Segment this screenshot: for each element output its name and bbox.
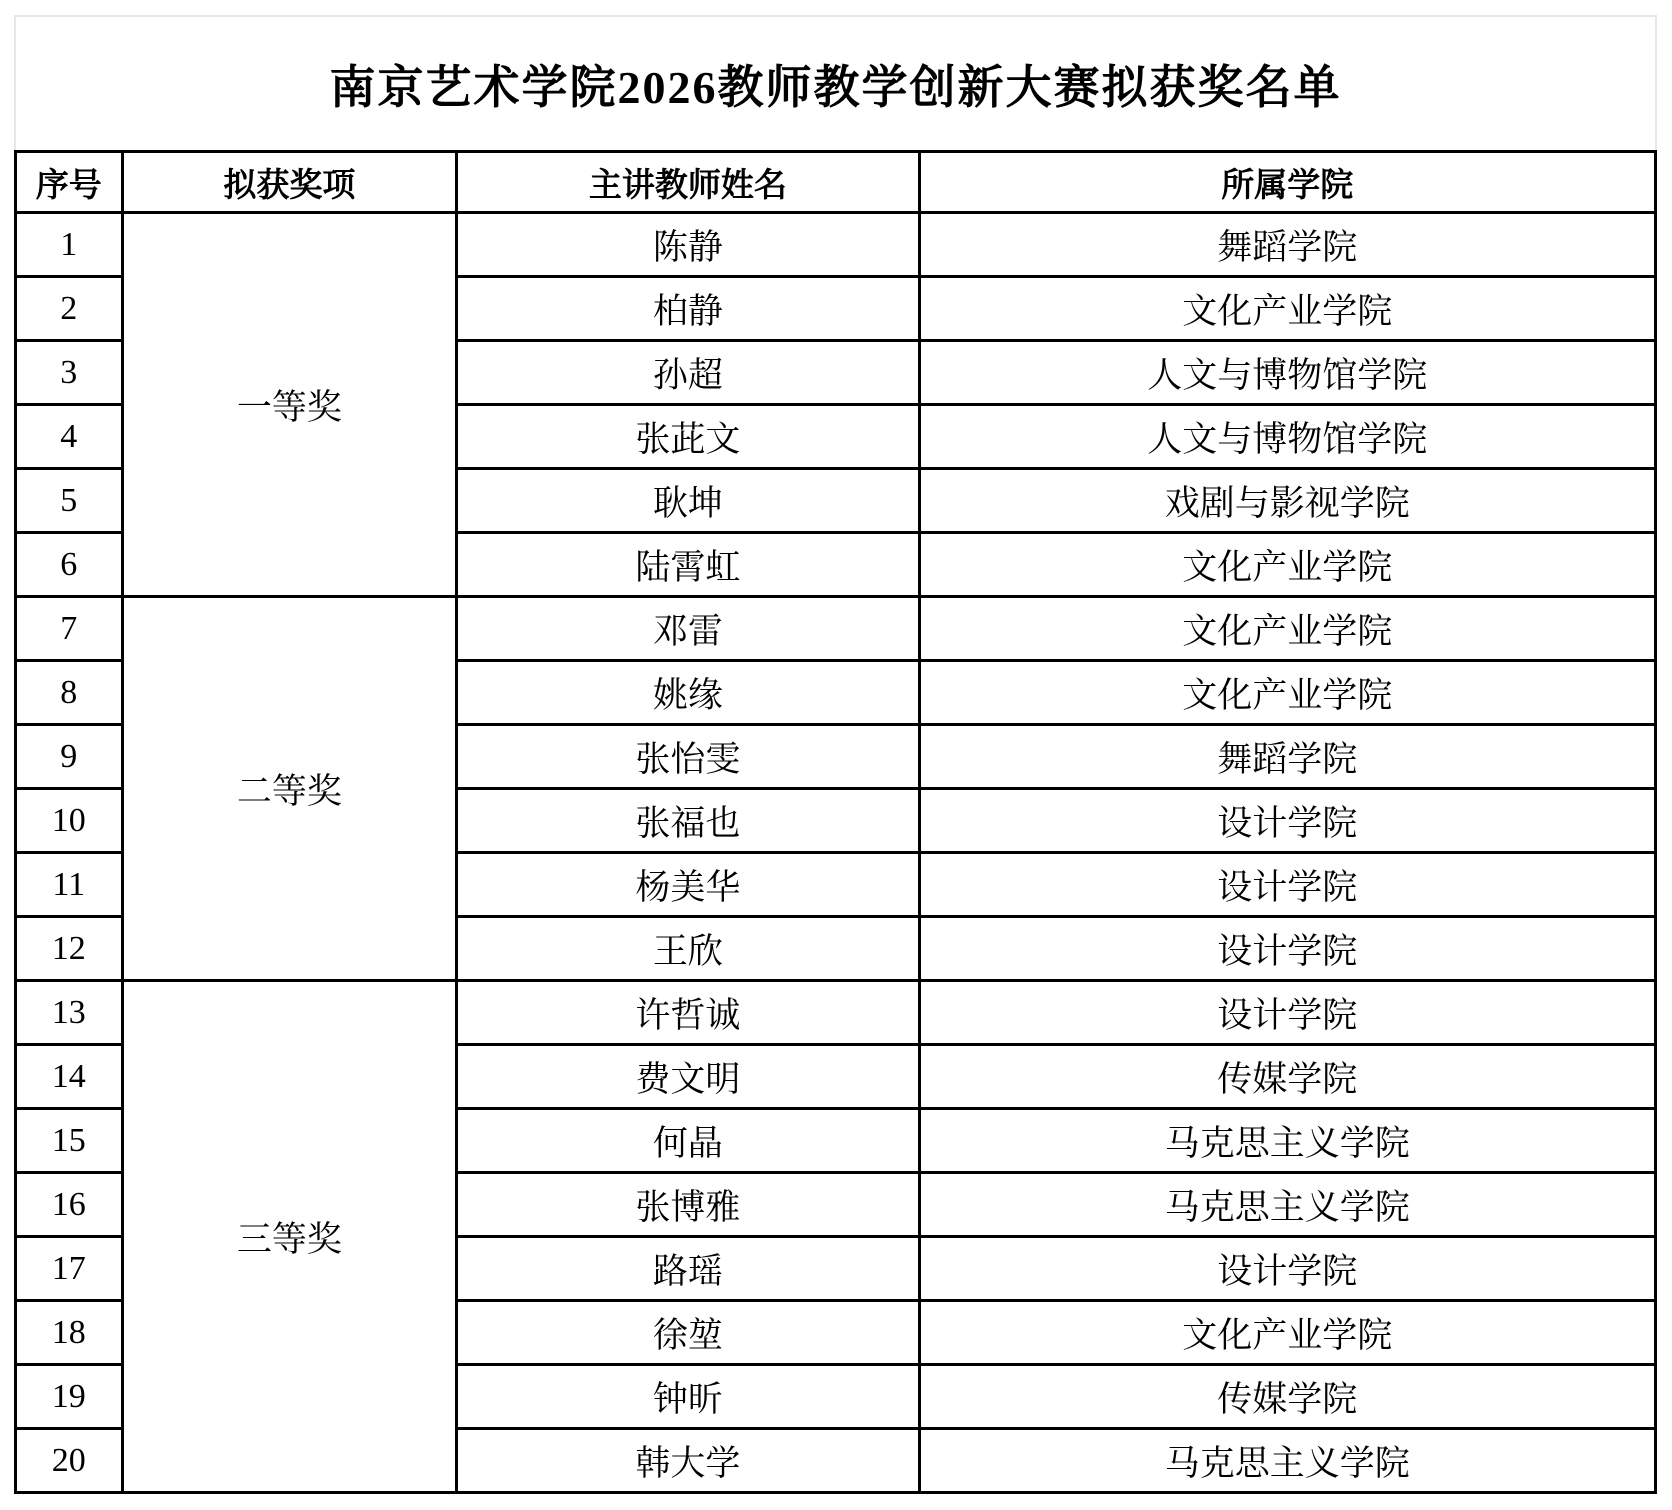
college-cell: 设计学院 xyxy=(919,853,1655,917)
row-number-cell: 18 xyxy=(16,1301,123,1365)
table-row: 7二等奖邓雷文化产业学院 xyxy=(16,597,1656,661)
row-number-cell: 7 xyxy=(16,597,123,661)
teacher-name-cell: 邓雷 xyxy=(457,597,919,661)
row-number-cell: 10 xyxy=(16,789,123,853)
header-college: 所属学院 xyxy=(919,152,1655,213)
college-cell: 传媒学院 xyxy=(919,1365,1655,1429)
teacher-name-cell: 陈静 xyxy=(457,213,919,277)
college-cell: 人文与博物馆学院 xyxy=(919,341,1655,405)
college-cell: 文化产业学院 xyxy=(919,277,1655,341)
teacher-name-cell: 杨美华 xyxy=(457,853,919,917)
page-title: 南京艺术学院2026教师教学创新大赛拟获奖名单 xyxy=(330,51,1342,117)
row-number-cell: 1 xyxy=(16,213,123,277)
college-cell: 人文与博物馆学院 xyxy=(919,405,1655,469)
award-cell: 二等奖 xyxy=(122,597,457,981)
teacher-name-cell: 柏静 xyxy=(457,277,919,341)
row-number-cell: 12 xyxy=(16,917,123,981)
row-number-cell: 11 xyxy=(16,853,123,917)
header-seq: 序号 xyxy=(16,152,123,213)
row-number-cell: 13 xyxy=(16,981,123,1045)
teacher-name-cell: 王欣 xyxy=(457,917,919,981)
header-teacher: 主讲教师姓名 xyxy=(457,152,919,213)
teacher-name-cell: 徐堃 xyxy=(457,1301,919,1365)
college-cell: 舞蹈学院 xyxy=(919,213,1655,277)
college-cell: 设计学院 xyxy=(919,981,1655,1045)
header-award: 拟获奖项 xyxy=(122,152,457,213)
header-row: 序号 拟获奖项 主讲教师姓名 所属学院 xyxy=(16,152,1656,213)
row-number-cell: 5 xyxy=(16,469,123,533)
college-cell: 文化产业学院 xyxy=(919,661,1655,725)
teacher-name-cell: 韩大学 xyxy=(457,1429,919,1493)
teacher-name-cell: 姚缘 xyxy=(457,661,919,725)
college-cell: 文化产业学院 xyxy=(919,597,1655,661)
teacher-name-cell: 费文明 xyxy=(457,1045,919,1109)
college-cell: 设计学院 xyxy=(919,789,1655,853)
row-number-cell: 6 xyxy=(16,533,123,597)
row-number-cell: 19 xyxy=(16,1365,123,1429)
college-cell: 文化产业学院 xyxy=(919,1301,1655,1365)
table-body: 1一等奖陈静舞蹈学院2柏静文化产业学院3孙超人文与博物馆学院4张茈文人文与博物馆… xyxy=(16,213,1656,1493)
teacher-name-cell: 耿坤 xyxy=(457,469,919,533)
college-cell: 设计学院 xyxy=(919,1237,1655,1301)
row-number-cell: 14 xyxy=(16,1045,123,1109)
teacher-name-cell: 张怡雯 xyxy=(457,725,919,789)
sheet: 南京艺术学院2026教师教学创新大赛拟获奖名单 序号 拟获奖项 主讲教师姓名 所… xyxy=(14,15,1657,1494)
table-row: 13三等奖许哲诚设计学院 xyxy=(16,981,1656,1045)
college-cell: 戏剧与影视学院 xyxy=(919,469,1655,533)
row-number-cell: 8 xyxy=(16,661,123,725)
row-number-cell: 17 xyxy=(16,1237,123,1301)
row-number-cell: 4 xyxy=(16,405,123,469)
teacher-name-cell: 何晶 xyxy=(457,1109,919,1173)
college-cell: 马克思主义学院 xyxy=(919,1173,1655,1237)
award-table: 序号 拟获奖项 主讲教师姓名 所属学院 1一等奖陈静舞蹈学院2柏静文化产业学院3… xyxy=(14,150,1657,1494)
table-row: 1一等奖陈静舞蹈学院 xyxy=(16,213,1656,277)
row-number-cell: 3 xyxy=(16,341,123,405)
row-number-cell: 9 xyxy=(16,725,123,789)
college-cell: 马克思主义学院 xyxy=(919,1109,1655,1173)
award-cell: 一等奖 xyxy=(122,213,457,597)
college-cell: 马克思主义学院 xyxy=(919,1429,1655,1493)
college-cell: 文化产业学院 xyxy=(919,533,1655,597)
teacher-name-cell: 许哲诚 xyxy=(457,981,919,1045)
college-cell: 设计学院 xyxy=(919,917,1655,981)
teacher-name-cell: 张福也 xyxy=(457,789,919,853)
row-number-cell: 20 xyxy=(16,1429,123,1493)
college-cell: 传媒学院 xyxy=(919,1045,1655,1109)
teacher-name-cell: 张茈文 xyxy=(457,405,919,469)
row-number-cell: 2 xyxy=(16,277,123,341)
teacher-name-cell: 路瑶 xyxy=(457,1237,919,1301)
teacher-name-cell: 张博雅 xyxy=(457,1173,919,1237)
teacher-name-cell: 孙超 xyxy=(457,341,919,405)
title-block: 南京艺术学院2026教师教学创新大赛拟获奖名单 xyxy=(14,15,1657,150)
teacher-name-cell: 钟昕 xyxy=(457,1365,919,1429)
college-cell: 舞蹈学院 xyxy=(919,725,1655,789)
teacher-name-cell: 陆霄虹 xyxy=(457,533,919,597)
row-number-cell: 16 xyxy=(16,1173,123,1237)
award-cell: 三等奖 xyxy=(122,981,457,1493)
row-number-cell: 15 xyxy=(16,1109,123,1173)
